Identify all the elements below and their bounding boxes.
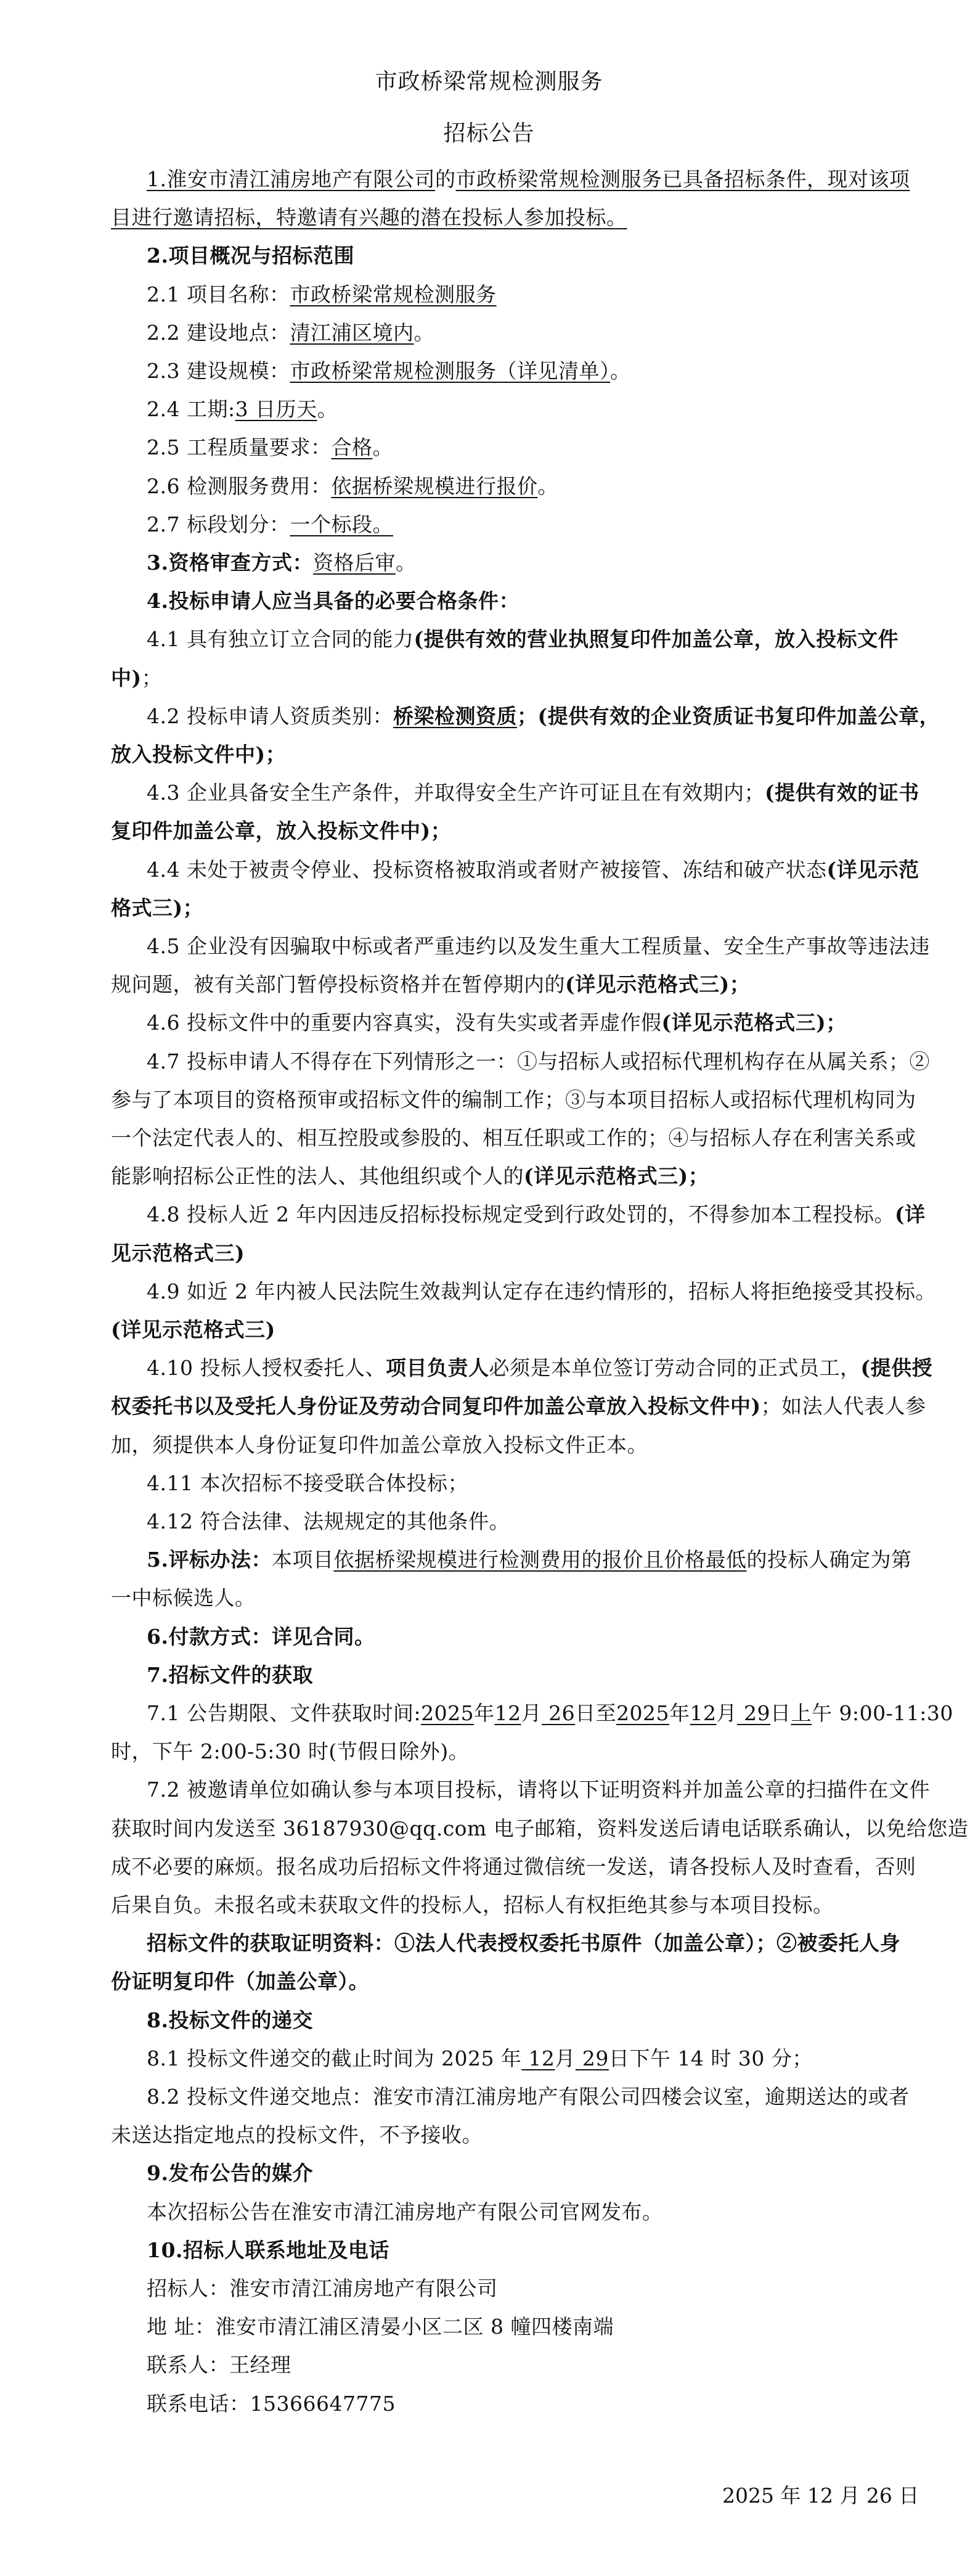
text-line: 2.6 检测服务费用：依据桥梁规模进行报价。: [147, 473, 886, 500]
text-segment: 。: [396, 551, 417, 575]
text-segment: 后果自负。未报名或未获取文件的投标人，招标人有权拒绝其参与本项目投标。: [111, 1893, 834, 1917]
text-segment: 4.2 投标申请人资质类别：: [147, 704, 393, 728]
underlined-text: 一个标段。: [290, 512, 393, 536]
bold-text: 份证明复印件（加盖公章）。: [111, 1969, 369, 1993]
text-segment: 月: [555, 2046, 576, 2070]
text-line: 8.1 投标文件递交的截止时间为 2025 年 12月 29日下午 14 时 3…: [147, 2045, 886, 2072]
text-line: 格式三)；: [111, 895, 887, 922]
text-line: 联系电话：15366647775: [147, 2390, 886, 2418]
bold-text: (详: [895, 1202, 926, 1226]
text-line: 4.8 投标人近 2 年内因违反招标投标规定受到行政处罚的，不得参加本工程投标。…: [147, 1201, 886, 1228]
bold-text: ；(提供有效的企业资质证书复印件加盖公章，: [517, 704, 940, 728]
bold-text: (提供有效的证书: [765, 781, 919, 805]
text-line: 2.2 建设地点：清江浦区境内。: [147, 319, 886, 347]
text-line: 本次招标公告在淮安市清江浦房地产有限公司官网发布。: [147, 2199, 886, 2226]
underlined-text: 2025: [616, 1701, 669, 1725]
text-line: 见示范格式三): [111, 1240, 887, 1267]
text-segment: 8.1 投标文件递交的截止时间为 2025 年: [147, 2046, 521, 2070]
underlined-text: 1.淮安市清江浦房地产有限公司: [147, 167, 435, 191]
text-segment: 日: [770, 1701, 791, 1725]
text-line: 联系人：王经理: [147, 2352, 886, 2379]
text-line: 地 址：淮安市清江浦区清晏小区二区 8 幢四楼南端: [147, 2313, 886, 2340]
text-segment: 4.4 未处于被责令停业、投标资格被取消或者财产被接管、冻结和破产状态: [147, 858, 826, 882]
document-title: 市政桥梁常规检测服务: [0, 68, 978, 96]
underlined-text: 12: [521, 2046, 555, 2070]
text-line: 1.淮安市清江浦房地产有限公司的市政桥梁常规检测服务已具备招标条件，现对该项: [147, 166, 886, 193]
text-segment: 。: [317, 397, 338, 421]
underlined-text: 资格后审: [313, 551, 396, 575]
underlined-text: 26: [542, 1701, 575, 1725]
text-segment: 规问题，被有关部门暂停投标资格并在暂停期内的: [111, 972, 565, 996]
text-line: 中)；: [111, 665, 887, 692]
text-line: 4.11 本次招标不接受联合体投标；: [147, 1470, 886, 1497]
bold-text: 7.招标文件的获取: [147, 1663, 313, 1687]
text-line: 4.5 企业没有因骗取中标或者严重违约以及发生重大工程质量、安全生产事故等违法违: [147, 933, 886, 960]
text-line: 7.2 被邀请单位如确认参与本项目投标，请将以下证明资料并加盖公章的扫描件在文件: [147, 1776, 886, 1803]
text-line: 能影响招标公正性的法人、其他组织或个人的(详见示范格式三)；: [111, 1163, 887, 1190]
text-line: 4.12 符合法律、法规规定的其他条件。: [147, 1508, 886, 1535]
text-line: 4.10 投标人授权委托人、项目负责人必须是本单位签订劳动合同的正式员工，(提供…: [147, 1355, 886, 1382]
bold-text: 复印件加盖公章，放入投标文件中)；: [111, 819, 451, 843]
text-segment: 月: [717, 1701, 738, 1725]
text-segment: 4.8 投标人近 2 年内因违反招标投标规定受到行政处罚的，不得参加本工程投标。: [147, 1202, 895, 1226]
underlined-text: 12: [495, 1701, 521, 1725]
text-segment: 日下午 14 时 30 分；: [609, 2046, 813, 2070]
text-line: 5.评标办法：本项目依据桥梁规模进行检测费用的报价且价格最低的投标人确定为第: [147, 1546, 886, 1573]
text-segment: 一中标候选人。: [111, 1586, 256, 1610]
bold-text: (提供有效的营业执照复印件加盖公章，放入投标文件: [414, 627, 899, 651]
text-line: 规问题，被有关部门暂停投标资格并在暂停期内的(详见示范格式三)；: [111, 971, 887, 998]
text-line: 招标文件的获取证明资料：①法人代表授权委托书原件（加盖公章）；②被委托人身: [147, 1930, 886, 1957]
text-line: 2.4 工期:3 日历天。: [147, 396, 886, 423]
bold-text: 4.投标申请人应当具备的必要合格条件：: [147, 589, 520, 613]
text-line: 权委托书以及受托人身份证及劳动合同复印件加盖公章放入投标文件中)；如法人代表人参: [111, 1393, 887, 1420]
underlined-text: 市政桥梁常规检测服务已具备招标条件，现对该项: [456, 167, 910, 191]
underlined-text: 上: [791, 1701, 812, 1725]
underlined-text: 桥梁检测资质: [393, 704, 517, 728]
text-line: 7.招标文件的获取: [147, 1662, 886, 1689]
text-segment: 时，下午 2:00-5:30 时(节假日除外)。: [111, 1739, 469, 1763]
text-segment: 4.5 企业没有因骗取中标或者严重违约以及发生重大工程质量、安全生产事故等违法违: [147, 934, 930, 958]
text-segment: 7.1 公告期限、文件获取时间:: [147, 1701, 421, 1725]
text-line: 4.7 投标申请人不得存在下列情形之一：①与招标人或招标代理机构存在从属关系；②: [147, 1048, 886, 1075]
text-segment: 2.7 标段划分：: [147, 512, 290, 536]
bold-text: 5.评标办法：: [147, 1548, 272, 1572]
text-line: 4.6 投标文件中的重要内容真实，没有失实或者弄虚作假(详见示范格式三)；: [147, 1009, 886, 1036]
text-segment: 能影响招标公正性的法人、其他组织或个人的: [111, 1164, 524, 1188]
text-segment: 年: [474, 1701, 495, 1725]
bold-text: 招标文件的获取证明资料：①法人代表授权委托书原件（加盖公章）；②被委托人身: [147, 1931, 900, 1955]
underlined-text: 12: [690, 1701, 717, 1725]
text-line: 2.5 工程质量要求：合格。: [147, 434, 886, 461]
underlined-text: 2025: [421, 1701, 474, 1725]
text-line: 时，下午 2:00-5:30 时(节假日除外)。: [111, 1738, 887, 1765]
text-segment: 4.3 企业具备安全生产条件，并取得安全生产许可证且在有效期内；: [147, 781, 765, 805]
text-line: (详见示范格式三): [111, 1316, 887, 1343]
text-segment: 2.4 工期:: [147, 397, 235, 421]
text-line: 2.3 建设规模：市政桥梁常规检测服务（详见清单）。: [147, 358, 886, 385]
bold-text: (详见示范: [826, 858, 919, 882]
text-segment: 4.11 本次招标不接受联合体投标；: [147, 1471, 468, 1495]
text-segment: 月: [521, 1701, 542, 1725]
bold-text: 2.项目概况与招标范围: [147, 244, 354, 268]
bold-text: 格式三)；: [111, 896, 203, 920]
text-segment: 7.2 被邀请单位如确认参与本项目投标，请将以下证明资料并加盖公章的扫描件在文件: [147, 1778, 930, 1802]
text-segment: 2.6 检测服务费用：: [147, 474, 331, 498]
text-line: 9.发布公告的媒介: [147, 2160, 886, 2187]
text-line: 放入投标文件中)；: [111, 741, 887, 768]
text-segment: 4.9 如近 2 年内被人民法院生效裁判认定存在违约情形的，招标人将拒绝接受其投…: [147, 1279, 936, 1303]
text-line: 4.4 未处于被责令停业、投标资格被取消或者财产被接管、冻结和破产状态(详见示范: [147, 856, 886, 884]
text-segment: 年: [669, 1701, 690, 1725]
underlined-text: 29: [576, 2046, 609, 2070]
text-line: 一个法定代表人的、相互控股或参股的、相互任职或工作的；④与招标人存在利害关系或: [111, 1125, 887, 1152]
text-line: 3.资格审查方式：资格后审。: [147, 549, 886, 576]
text-line: 招标人：淮安市清江浦房地产有限公司: [147, 2275, 886, 2302]
underlined-text: 市政桥梁常规检测服务: [290, 282, 496, 306]
bold-text: (详见示范格式三): [111, 1318, 275, 1342]
text-segment: 招标人：淮安市清江浦房地产有限公司: [147, 2276, 498, 2300]
bold-text: (详见示范格式三)；: [661, 1011, 846, 1035]
text-segment: 8.2 投标文件递交地点：淮安市清江浦房地产有限公司四楼会议室，逾期送达的或者: [147, 2085, 909, 2109]
text-line: 复印件加盖公章，放入投标文件中)；: [111, 818, 887, 845]
text-segment: 的投标人确定为第: [746, 1548, 911, 1572]
tender-announcement-document: 市政桥梁常规检测服务 招标公告 1.淮安市清江浦房地产有限公司的市政桥梁常规检测…: [0, 0, 978, 2576]
text-segment: 2.3 建设规模：: [147, 359, 290, 383]
text-segment: 。: [414, 321, 434, 345]
text-segment: 地 址：淮安市清江浦区清晏小区二区 8 幢四楼南端: [147, 2315, 614, 2339]
text-segment: 4.12 符合法律、法规规定的其他条件。: [147, 1509, 510, 1533]
bold-text: 放入投标文件中)；: [111, 742, 286, 766]
text-segment: 日至: [575, 1701, 616, 1725]
text-segment: ；如法人代表人参: [761, 1394, 926, 1418]
text-segment: 2.5 工程质量要求：: [147, 435, 331, 459]
underlined-text: 依据桥梁规模进行检测费用的报价且价格最低: [333, 1548, 746, 1572]
text-segment: 4.7 投标申请人不得存在下列情形之一：①与招标人或招标代理机构存在从属关系；②: [147, 1049, 930, 1073]
text-line: 10.招标人联系地址及电话: [147, 2237, 886, 2264]
text-line: 8.投标文件的递交: [147, 2007, 886, 2034]
text-line: 7.1 公告期限、文件获取时间:2025年12月 26日至2025年12月 29…: [147, 1700, 886, 1727]
text-segment: 的: [435, 167, 456, 191]
text-line: 2.项目概况与招标范围: [147, 242, 886, 269]
bold-text: 3.资格审查方式：: [147, 551, 313, 575]
underlined-text: 目进行邀请招标，特邀请有兴趣的潜在投标人参加投标。: [111, 205, 627, 229]
text-segment: 获取时间内发送至 36187930@qq.com 电子邮箱，资料发送后请电话联系…: [111, 1816, 968, 1840]
text-segment: 一个法定代表人的、相互控股或参股的、相互任职或工作的；④与招标人存在利害关系或: [111, 1126, 916, 1150]
text-line: 份证明复印件（加盖公章）。: [111, 1968, 887, 1995]
bold-text: (详见示范格式三)；: [524, 1164, 709, 1188]
bold-text: (提供授: [860, 1356, 932, 1380]
text-line: 目进行邀请招标，特邀请有兴趣的潜在投标人参加投标。: [111, 204, 887, 231]
bold-text: (详见示范格式三)；: [565, 972, 750, 996]
text-line: 4.1 具有独立订立合同的能力(提供有效的营业执照复印件加盖公章，放入投标文件: [147, 626, 886, 653]
underlined-text: 清江浦区境内: [290, 321, 414, 345]
text-line: 未送达指定地点的投标文件，不予接收。: [111, 2122, 887, 2149]
bold-text: 见示范格式三): [111, 1241, 245, 1265]
text-segment: 4.1 具有独立订立合同的能力: [147, 627, 414, 651]
text-segment: 。: [537, 474, 558, 498]
bold-text: 中): [111, 666, 142, 690]
text-segment: 4.6 投标文件中的重要内容真实，没有失实或者弄虚作假: [147, 1011, 661, 1035]
text-segment: 联系人：王经理: [147, 2353, 291, 2377]
underlined-text: 合格: [331, 435, 372, 459]
bold-text: 项目负责人: [386, 1356, 489, 1380]
bold-text: 6.付款方式：详见合同。: [147, 1625, 375, 1649]
text-line: 2.1 项目名称：市政桥梁常规检测服务: [147, 281, 886, 308]
underlined-text: 29: [737, 1701, 770, 1725]
text-segment: 成不必要的麻烦。报名成功后招标文件将通过微信统一发送，请各投标人及时查看，否则: [111, 1855, 916, 1879]
text-segment: 本项目: [272, 1548, 334, 1572]
text-line: 加，须提供本人身份证复印件加盖公章放入投标文件正本。: [111, 1432, 887, 1459]
text-segment: 本次招标公告在淮安市清江浦房地产有限公司官网发布。: [147, 2200, 663, 2224]
text-segment: 参与了本项目的资格预审或招标文件的编制工作；③与本项目招标人或招标代理机构同为: [111, 1088, 916, 1112]
text-line: 成不必要的麻烦。报名成功后招标文件将通过微信统一发送，请各投标人及时查看，否则: [111, 1853, 887, 1881]
text-line: 4.9 如近 2 年内被人民法院生效裁判认定存在违约情形的，招标人将拒绝接受其投…: [147, 1278, 886, 1305]
underlined-text: 依据桥梁规模进行报价: [331, 474, 537, 498]
text-segment: 加，须提供本人身份证复印件加盖公章放入投标文件正本。: [111, 1433, 648, 1457]
text-segment: 未送达指定地点的投标文件，不予接收。: [111, 2123, 483, 2147]
text-line: 4.投标申请人应当具备的必要合格条件：: [147, 588, 886, 615]
underlined-text: 市政桥梁常规检测服务（详见清单）: [290, 359, 610, 383]
bold-text: 10.招标人联系地址及电话: [147, 2238, 389, 2262]
text-segment: 2.1 项目名称：: [147, 282, 290, 306]
text-segment: 联系电话：15366647775: [147, 2392, 396, 2416]
text-segment: 2.2 建设地点：: [147, 321, 290, 345]
text-line: 6.付款方式：详见合同。: [147, 1623, 886, 1651]
underlined-text: 3 日历天: [235, 397, 317, 421]
document-subtitle: 招标公告: [0, 120, 978, 147]
text-line: 获取时间内发送至 36187930@qq.com 电子邮箱，资料发送后请电话联系…: [111, 1815, 887, 1842]
text-segment: 。: [610, 359, 631, 383]
text-line: 后果自负。未报名或未获取文件的投标人，招标人有权拒绝其参与本项目投标。: [111, 1892, 887, 1919]
text-line: 2.7 标段划分：一个标段。: [147, 511, 886, 538]
text-segment: 。: [372, 435, 393, 459]
bold-text: 9.发布公告的媒介: [147, 2161, 313, 2185]
text-line: 4.3 企业具备安全生产条件，并取得安全生产许可证且在有效期内；(提供有效的证书: [147, 779, 886, 806]
issue-date: 2025 年 12 月 26 日: [722, 2482, 919, 2509]
text-segment: 4.10 投标人授权委托人、: [147, 1356, 386, 1380]
bold-text: 权委托书以及受托人身份证及劳动合同复印件加盖公章放入投标文件中): [111, 1394, 761, 1418]
text-line: 一中标候选人。: [111, 1585, 887, 1612]
text-line: 4.2 投标申请人资质类别：桥梁检测资质；(提供有效的企业资质证书复印件加盖公章…: [147, 703, 886, 730]
text-segment: ；: [142, 666, 163, 690]
text-line: 8.2 投标文件递交地点：淮安市清江浦房地产有限公司四楼会议室，逾期送达的或者: [147, 2083, 886, 2110]
text-line: 参与了本项目的资格预审或招标文件的编制工作；③与本项目招标人或招标代理机构同为: [111, 1086, 887, 1114]
text-segment: 午 9:00-11:30: [812, 1701, 953, 1725]
bold-text: 8.投标文件的递交: [147, 2008, 313, 2032]
text-segment: 必须是本单位签订劳动合同的正式员工，: [489, 1356, 860, 1380]
